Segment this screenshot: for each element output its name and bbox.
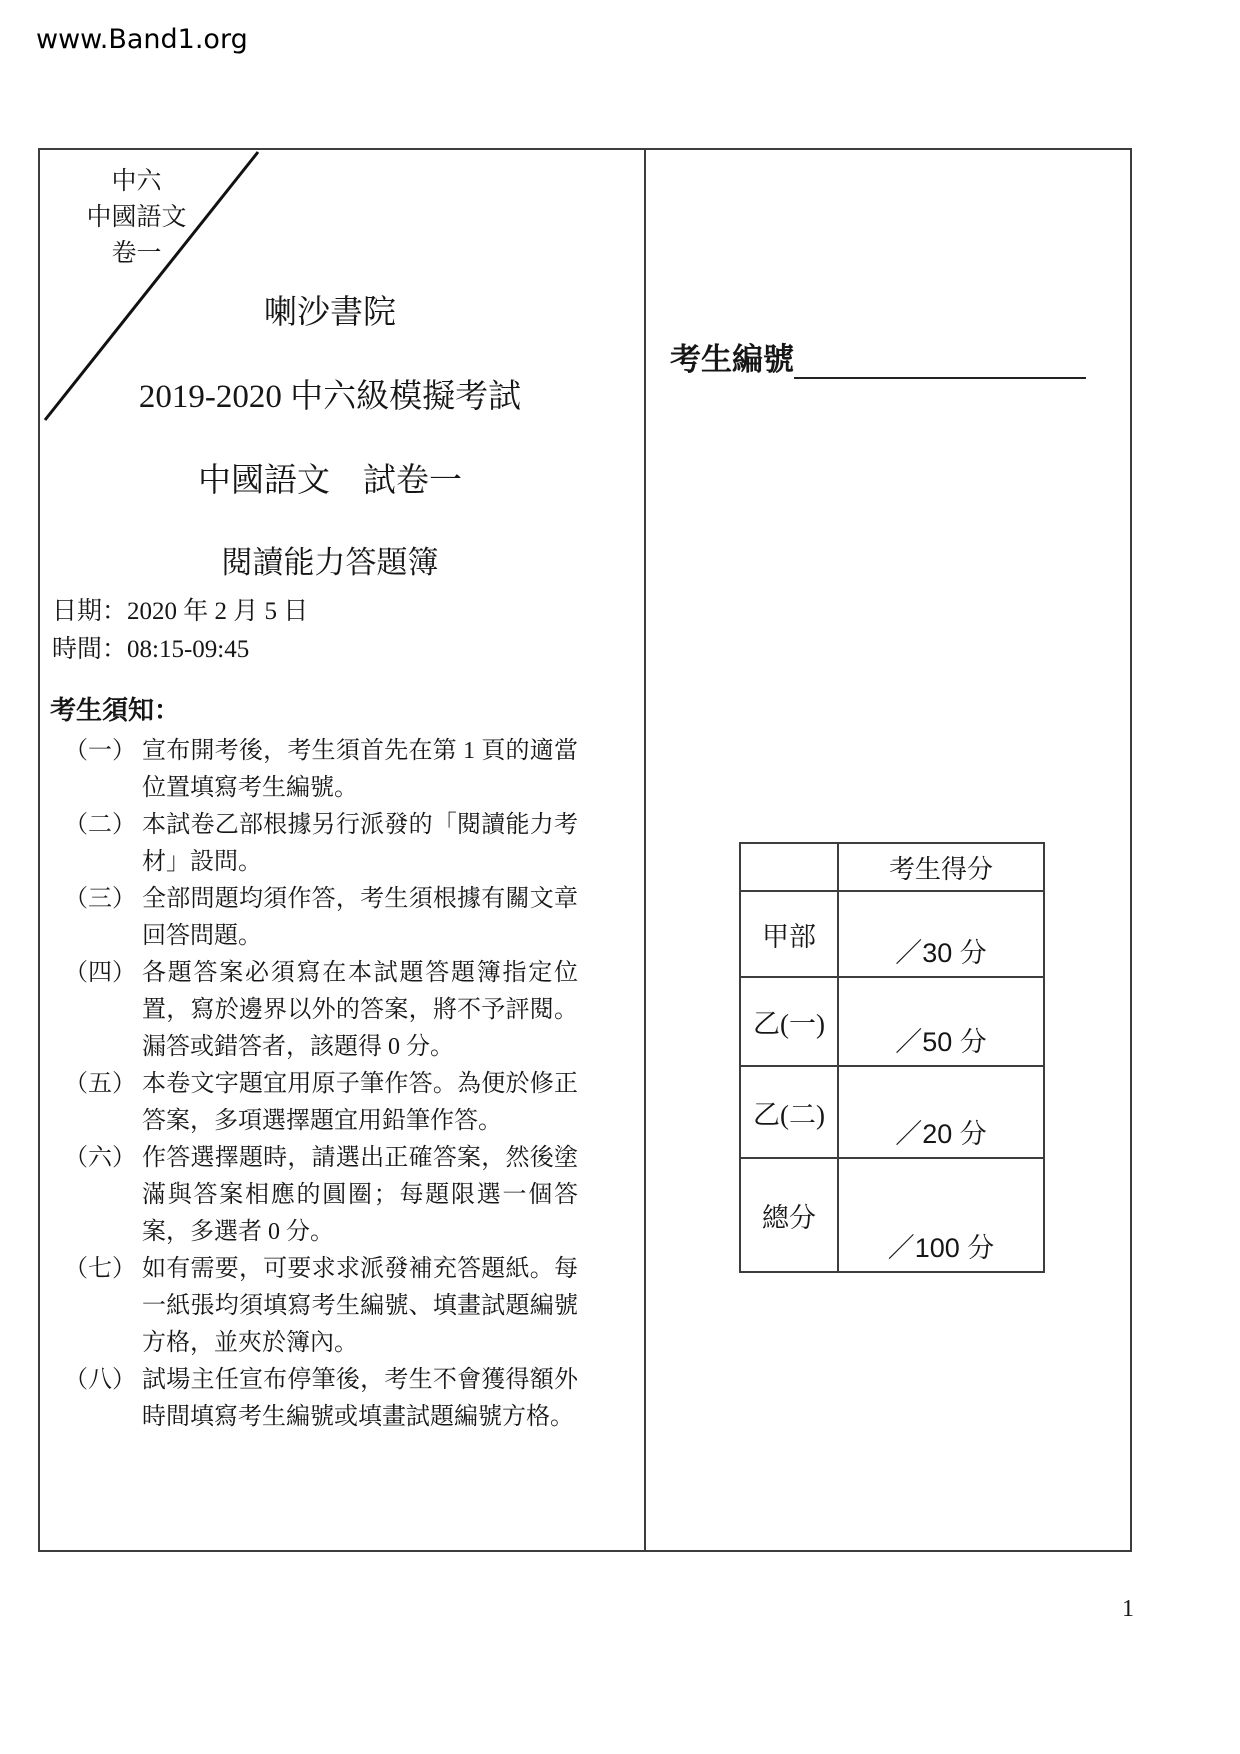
- corner-label: 中六 中國語文 卷一: [54, 164, 219, 272]
- subject-title: 中國語文 試卷一: [40, 454, 620, 501]
- candidate-number: 考生編號: [670, 334, 1086, 379]
- instruction-item: （四） 各題答案必須寫在本試題答題簿指定位置，寫於邊界以外的答案，將不予評閱。漏…: [64, 955, 588, 1066]
- instruction-text: 本試卷乙部根據另行派發的「閱讀能力考材」設問。: [142, 807, 578, 881]
- exam-date: 日期：2020 年 2 月 5 日: [52, 591, 308, 627]
- notice-heading: 考生須知：: [50, 690, 180, 727]
- score-table-empty-cell: [740, 843, 838, 891]
- instruction-item: （六） 作答選擇題時，請選出正確答案，然後塗滿與答案相應的圓圈；每題限選一個答案…: [64, 1140, 588, 1251]
- candidate-number-blank: [794, 341, 1086, 379]
- exam-cover-page: www.Band1.org 中六 中國語文 卷一 喇沙書院 2019-2020 …: [0, 0, 1240, 1754]
- score-row: 乙(二) ／20 分: [740, 1066, 1044, 1158]
- score-row-label: 乙(一): [740, 977, 838, 1066]
- score-table-header-row: 考生得分: [740, 843, 1044, 891]
- candidate-number-label: 考生編號: [670, 342, 794, 377]
- instruction-item: （一） 宣布開考後，考生須首先在第 1 頁的適當位置填寫考生編號。: [64, 733, 588, 807]
- page-number: 1: [1122, 1596, 1134, 1623]
- instruction-text: 作答選擇題時，請選出正確答案，然後塗滿與答案相應的圓圈；每題限選一個答案，多選者…: [142, 1140, 578, 1251]
- exam-time: 時間：08:15-09:45: [52, 629, 249, 665]
- instruction-item: （二） 本試卷乙部根據另行派發的「閱讀能力考材」設問。: [64, 807, 588, 881]
- instruction-marker: （六）: [64, 1140, 142, 1177]
- instructions-list: （一） 宣布開考後，考生須首先在第 1 頁的適當位置填寫考生編號。 （二） 本試…: [64, 733, 588, 1436]
- paper-title: 閱讀能力答題簿: [40, 537, 620, 582]
- instruction-item: （三） 全部問題均須作答，考生須根據有關文章回答問題。: [64, 881, 588, 955]
- site-header: www.Band1.org: [36, 24, 248, 55]
- instruction-text: 各題答案必須寫在本試題答題簿指定位置，寫於邊界以外的答案，將不予評閱。漏答或錯答…: [142, 955, 578, 1066]
- score-table-header: 考生得分: [838, 843, 1044, 891]
- score-row-score: ／50 分: [838, 977, 1044, 1066]
- instruction-marker: （一）: [64, 733, 142, 770]
- instruction-text: 本卷文字題宜用原子筆作答。為便於修正答案，多項選擇題宜用鉛筆作答。: [142, 1066, 578, 1140]
- score-row-score: ／20 分: [838, 1066, 1044, 1158]
- score-row-label: 甲部: [740, 891, 838, 977]
- instruction-item: （八） 試場主任宣布停筆後，考生不會獲得額外時間填寫考生編號或填畫試題編號方格。: [64, 1362, 588, 1436]
- instruction-item: （五） 本卷文字題宜用原子筆作答。為便於修正答案，多項選擇題宜用鉛筆作答。: [64, 1066, 588, 1140]
- instruction-text: 宣布開考後，考生須首先在第 1 頁的適當位置填寫考生編號。: [142, 733, 578, 807]
- score-row-score: ／100 分: [838, 1158, 1044, 1272]
- school-title: 喇沙書院: [40, 286, 620, 333]
- score-row-label: 乙(二): [740, 1066, 838, 1158]
- score-row: 乙(一) ／50 分: [740, 977, 1044, 1066]
- score-row-label: 總分: [740, 1158, 838, 1272]
- instruction-marker: （七）: [64, 1251, 142, 1288]
- instruction-text: 全部問題均須作答，考生須根據有關文章回答問題。: [142, 881, 578, 955]
- corner-label-paper: 卷一: [54, 236, 219, 272]
- instruction-item: （七） 如有需要，可要求求派發補充答題紙。每一紙張均須填寫考生編號、填畫試題編號…: [64, 1251, 588, 1362]
- instruction-marker: （五）: [64, 1066, 142, 1103]
- instruction-marker: （三）: [64, 881, 142, 918]
- score-row: 總分 ／100 分: [740, 1158, 1044, 1272]
- instruction-text: 試場主任宣布停筆後，考生不會獲得額外時間填寫考生編號或填畫試題編號方格。: [142, 1362, 578, 1436]
- score-row-score: ／30 分: [838, 891, 1044, 977]
- instruction-marker: （四）: [64, 955, 142, 992]
- column-divider: [644, 150, 646, 1550]
- corner-label-level: 中六: [54, 164, 219, 200]
- instruction-text: 如有需要，可要求求派發補充答題紙。每一紙張均須填寫考生編號、填畫試題編號方格，並…: [142, 1251, 578, 1362]
- instruction-marker: （八）: [64, 1362, 142, 1399]
- exam-cover-box: 中六 中國語文 卷一 喇沙書院 2019-2020 中六級模擬考試 中國語文 試…: [38, 148, 1132, 1552]
- instruction-marker: （二）: [64, 807, 142, 844]
- score-row: 甲部 ／30 分: [740, 891, 1044, 977]
- corner-label-subject: 中國語文: [54, 200, 219, 236]
- exam-title: 2019-2020 中六級模擬考試: [40, 370, 620, 417]
- score-table: 考生得分 甲部 ／30 分 乙(一) ／50 分 乙(二) ／20 分 總分 ／…: [739, 842, 1045, 1273]
